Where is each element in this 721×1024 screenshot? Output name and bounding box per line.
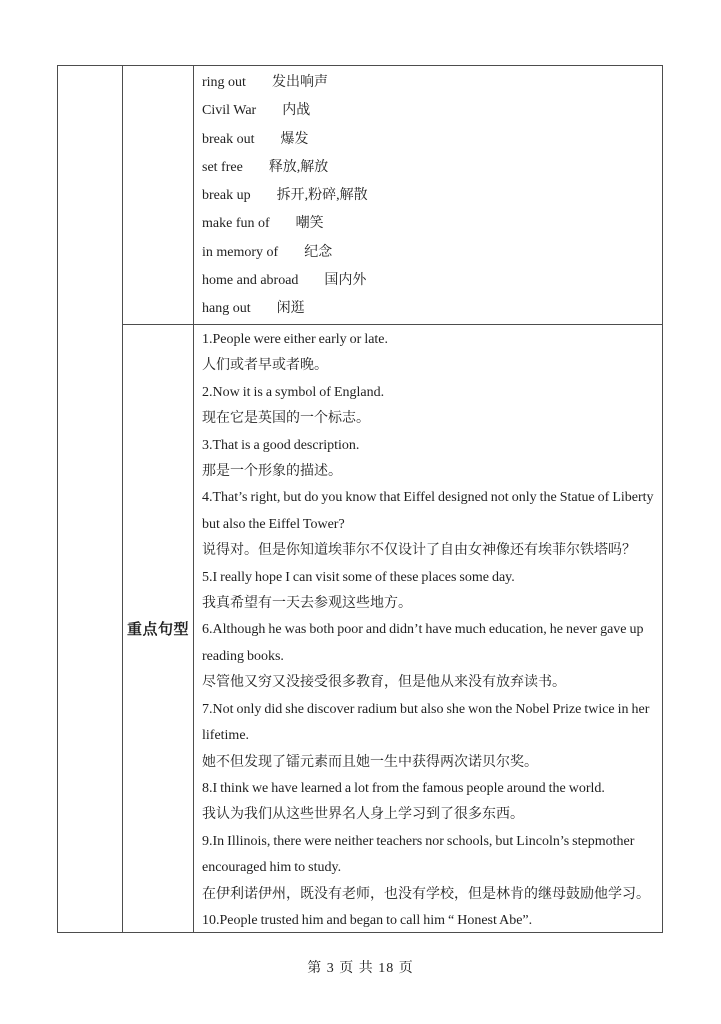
phrase-row: break up拆开,粉碎,解散 bbox=[202, 182, 660, 210]
sentence-english: 1.People were either early or late. bbox=[202, 327, 660, 353]
sentence-row: 8.I think we have learned a lot from the… bbox=[202, 776, 660, 829]
phrase-row: set free释放,解放 bbox=[202, 154, 660, 182]
sentence-english: 5.I really hope I can visit some of thes… bbox=[202, 565, 660, 591]
sentence-chinese: 说得对。但是你知道埃菲尔不仅设计了自由女神像还有埃菲尔铁塔吗？ bbox=[202, 538, 660, 564]
page-number-footer: 第 3 页 共 18 页 bbox=[0, 957, 721, 977]
sentence-chinese: 我认为我们从这些世界名人身上学习到了很多东西。 bbox=[202, 802, 660, 828]
phrase-chinese: 内战 bbox=[282, 103, 310, 118]
phrase-row: hang out闲逛 bbox=[202, 295, 660, 323]
sentence-english: 2.Now it is a symbol of England. bbox=[202, 380, 660, 406]
sentence-english: 4.That’s right, but do you know that Eif… bbox=[202, 485, 660, 538]
phrase-english: break out bbox=[202, 132, 254, 147]
sentence-chinese: 在伊利诺伊州，既没有老师，也没有学校，但是林肯的继母鼓励他学习。 bbox=[202, 882, 660, 908]
phrase-chinese: 爆发 bbox=[280, 132, 308, 147]
phrase-row: Civil War内战 bbox=[202, 97, 660, 125]
phrase-row: home and abroad国内外 bbox=[202, 267, 660, 295]
sentence-chinese: 人们或者早或者晚。 bbox=[202, 353, 660, 379]
phrase-english: home and abroad bbox=[202, 273, 298, 288]
document-page: ring out发出响声 Civil War内战 break out爆发 set… bbox=[0, 0, 721, 1024]
sentence-row: 10.People trusted him and began to call … bbox=[202, 908, 660, 932]
phrase-english: ring out bbox=[202, 75, 246, 90]
phrase-english: set free bbox=[202, 160, 243, 175]
phrase-chinese: 国内外 bbox=[324, 273, 366, 288]
phrase-english: hang out bbox=[202, 301, 251, 316]
phrase-english: in memory of bbox=[202, 245, 278, 260]
phrase-english: Civil War bbox=[202, 103, 256, 118]
key-sentences-label: 重点句型 bbox=[127, 618, 189, 639]
study-notes-table: ring out发出响声 Civil War内战 break out爆发 set… bbox=[57, 65, 663, 933]
sentence-row: 1.People were either early or late. 人们或者… bbox=[202, 327, 660, 380]
sentence-row: 4.That’s right, but do you know that Eif… bbox=[202, 485, 660, 564]
phrase-chinese: 发出响声 bbox=[272, 75, 328, 90]
sentence-chinese: 我真希望有一天去参观这些地方。 bbox=[202, 591, 660, 617]
phrase-english: break up bbox=[202, 188, 251, 203]
phrase-chinese: 嘲笑 bbox=[296, 216, 324, 231]
sentence-chinese: 她不但发现了镭元素而且她一生中获得两次诺贝尔奖。 bbox=[202, 750, 660, 776]
phrase-row: in memory of纪念 bbox=[202, 239, 660, 267]
phrase-english: make fun of bbox=[202, 216, 270, 231]
unit-column-cell bbox=[58, 66, 123, 932]
sentence-row: 9.In Illinois, there were neither teache… bbox=[202, 829, 660, 908]
sentence-english: 6.Although he was both poor and didn’t h… bbox=[202, 617, 660, 670]
sentence-row: 7.Not only did she discover radium but a… bbox=[202, 697, 660, 776]
sentence-chinese: 尽管他又穷又没接受很多教育，但是他从来没有放弃读书。 bbox=[202, 670, 660, 696]
phrases-cell: ring out发出响声 Civil War内战 break out爆发 set… bbox=[194, 66, 662, 325]
sentence-chinese: 现在它是英国的一个标志。 bbox=[202, 406, 660, 432]
phrase-row: ring out发出响声 bbox=[202, 69, 660, 97]
sentence-english: 9.In Illinois, there were neither teache… bbox=[202, 829, 660, 882]
phrase-chinese: 闲逛 bbox=[277, 301, 305, 316]
sentence-chinese: 那是一个形象的描述。 bbox=[202, 459, 660, 485]
phrase-chinese: 纪念 bbox=[304, 245, 332, 260]
phrases-label-cell bbox=[123, 66, 194, 325]
sentence-row: 3.That is a good description. 那是一个形象的描述。 bbox=[202, 433, 660, 486]
phrase-chinese: 拆开,粉碎,解散 bbox=[277, 188, 368, 203]
sentence-row: 6.Although he was both poor and didn’t h… bbox=[202, 617, 660, 696]
key-sentences-label-cell: 重点句型 bbox=[123, 325, 194, 932]
sentence-english: 7.Not only did she discover radium but a… bbox=[202, 697, 660, 750]
sentence-english: 3.That is a good description. bbox=[202, 433, 660, 459]
phrase-row: break out爆发 bbox=[202, 126, 660, 154]
sentence-english: 10.People trusted him and began to call … bbox=[202, 908, 660, 932]
phrase-chinese: 释放,解放 bbox=[269, 160, 329, 175]
key-sentences-cell: 1.People were either early or late. 人们或者… bbox=[194, 325, 662, 932]
sentence-row: 2.Now it is a symbol of England. 现在它是英国的… bbox=[202, 380, 660, 433]
sentence-english: 8.I think we have learned a lot from the… bbox=[202, 776, 660, 802]
phrase-row: make fun of嘲笑 bbox=[202, 210, 660, 238]
sentence-row: 5.I really hope I can visit some of thes… bbox=[202, 565, 660, 618]
